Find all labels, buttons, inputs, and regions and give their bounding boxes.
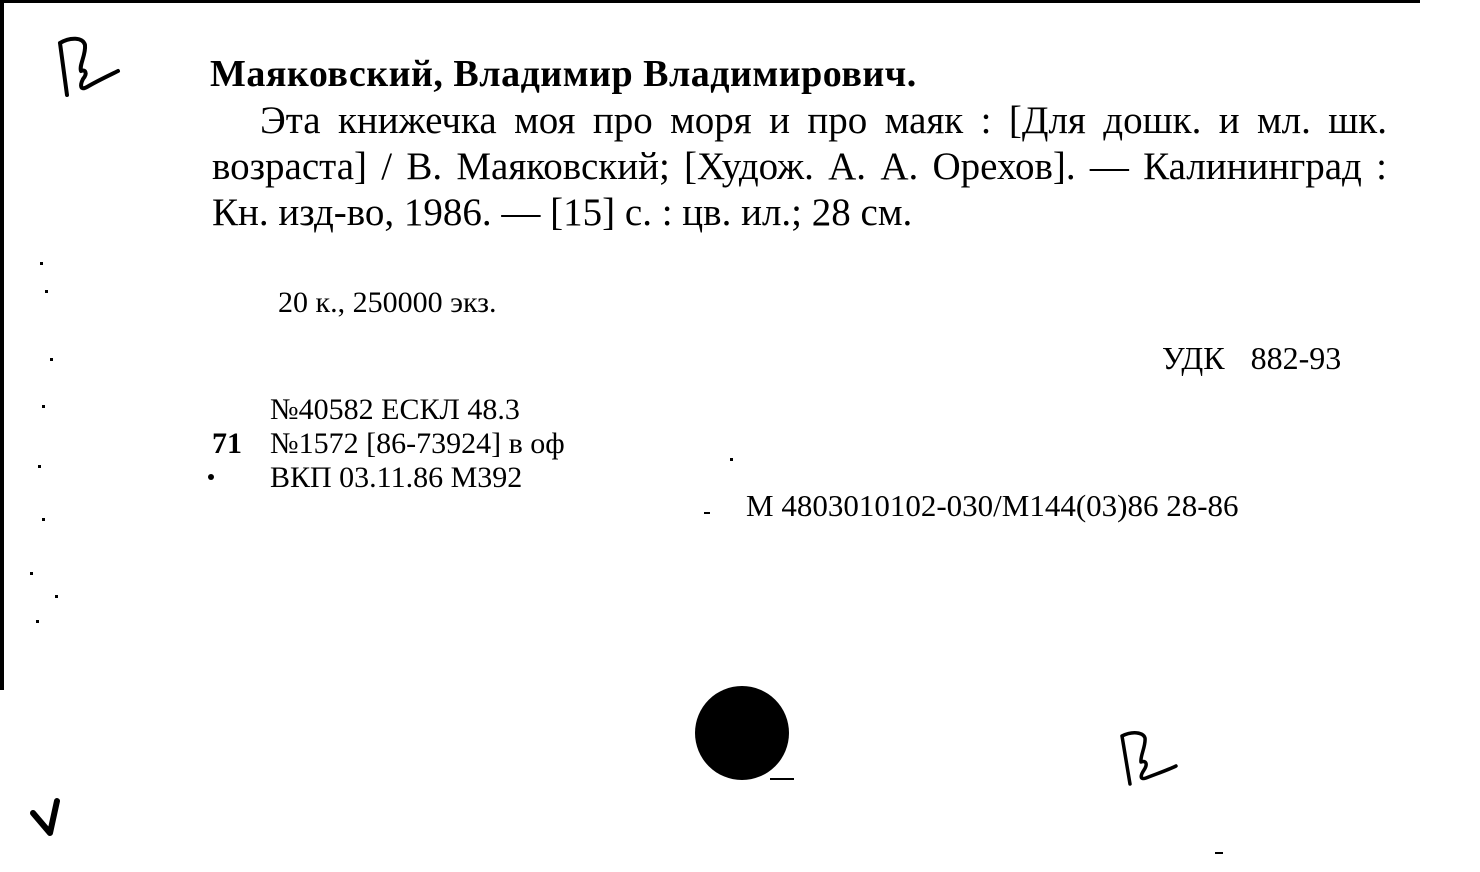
scan-speck	[38, 465, 41, 468]
handwritten-initials-icon	[55, 35, 125, 100]
bibliographic-description: Эта книжечка моя про моря и про маяк : […	[212, 98, 1387, 236]
scan-speck	[730, 458, 733, 461]
registration-line-2: 71№1572 [86-73924] в оф	[212, 427, 565, 461]
registration-line-3: ВКП 03.11.86 М392	[212, 461, 565, 495]
scan-speck	[50, 358, 53, 361]
description-text: Эта книжечка моя про моря и про маяк : […	[212, 99, 1387, 234]
scan-speck	[770, 778, 794, 780]
punch-hole-icon	[695, 686, 789, 780]
scan-speck	[42, 518, 45, 521]
scan-speck	[208, 474, 214, 480]
scan-speck	[30, 572, 33, 575]
catalog-code: М 4803010102-030/М144(03)86 28-86	[746, 488, 1239, 524]
scan-speck	[42, 405, 45, 408]
scan-speck	[704, 512, 710, 514]
price-print-run: 20 к., 250000 экз.	[278, 286, 496, 320]
checkmark-icon	[30, 795, 70, 840]
scan-speck	[1215, 852, 1223, 854]
udk-classification: УДК 882-93	[1162, 340, 1341, 377]
catalog-card: Маяковский, Владимир Владимирович. Эта к…	[0, 0, 1480, 872]
registration-number: 71	[212, 427, 270, 461]
scan-speck	[36, 620, 39, 623]
handwritten-initials-icon	[1118, 730, 1183, 792]
card-top-edge	[0, 0, 1420, 3]
scan-speck	[40, 262, 43, 265]
registration-line-1: №40582 ЕСКЛ 48.3	[212, 393, 565, 427]
registration-block: №40582 ЕСКЛ 48.3 71№1572 [86-73924] в оф…	[212, 393, 565, 495]
scan-speck	[45, 290, 48, 293]
author-heading: Маяковский, Владимир Владимирович.	[210, 52, 917, 96]
scan-speck	[55, 595, 58, 598]
card-left-edge	[0, 0, 4, 690]
